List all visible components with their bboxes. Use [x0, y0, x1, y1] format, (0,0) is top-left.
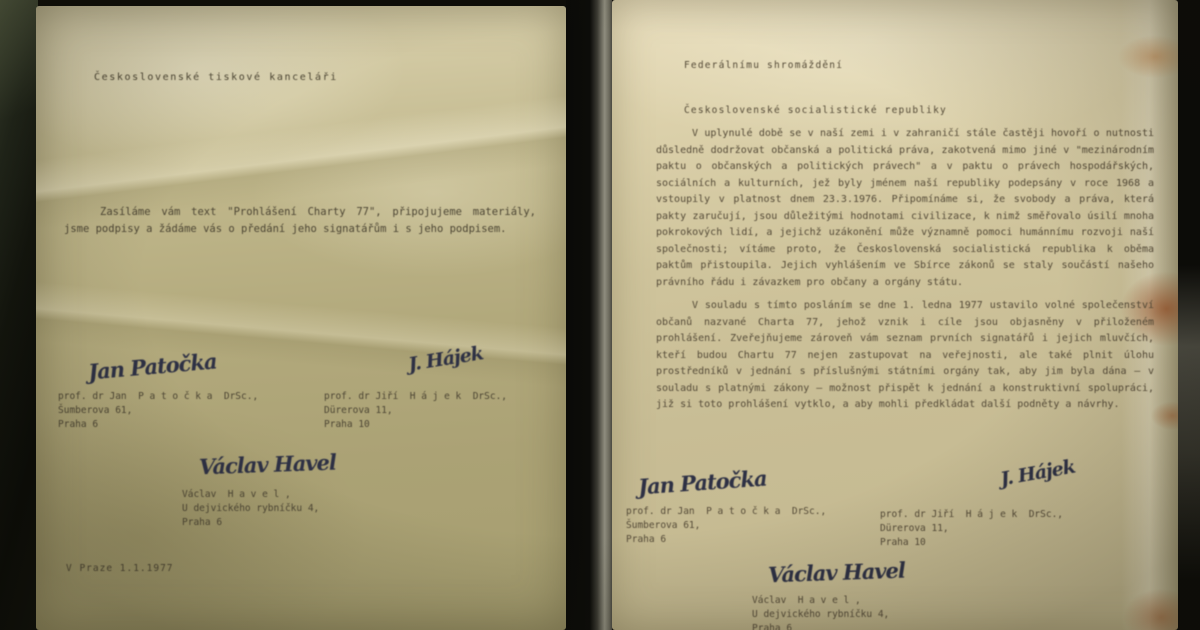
- hajek-city-line: Praha 10: [880, 536, 1063, 550]
- patocka-signature: Jan Patočka: [87, 348, 217, 384]
- right-document-body: V uplynulé době se v naší zemi i v zahra…: [656, 126, 1154, 421]
- right-document-page: Federálnímu shromáždění Československé s…: [612, 0, 1178, 630]
- havel-name-line: Václav H a v e l ,: [182, 488, 319, 502]
- hajek-signature: J. Hájek: [407, 342, 485, 375]
- display-case-left-edge: [0, 0, 38, 630]
- left-document-paragraph: Zasíláme vám text "Prohlášení Charty 77"…: [64, 204, 536, 238]
- havel-street-line: U dejvického rybníčku 4,: [752, 608, 889, 622]
- patocka-city-line: Praha 6: [58, 418, 258, 432]
- havel-street-line: U dejvického rybníčku 4,: [182, 502, 319, 516]
- hajek-typed-block: prof. dr Jiří H á j e k DrSc., Dürerova …: [324, 390, 507, 432]
- patocka-name-line: prof. dr Jan P a t o č k a DrSc.,: [626, 505, 826, 519]
- gap-between-documents: [566, 0, 612, 630]
- hajek-typed-block: prof. dr Jiří H á j e k DrSc., Dürerova …: [880, 508, 1063, 550]
- left-document-addressee: Československé tiskové kanceláři: [94, 72, 338, 83]
- left-document-page: Československé tiskové kanceláři Zasílám…: [36, 6, 566, 630]
- left-document-dateline: V Praze 1.1.1977: [66, 563, 174, 574]
- patocka-typed-block: prof. dr Jan P a t o č k a DrSc., Šumber…: [58, 390, 258, 432]
- havel-city-line: Praha 6: [182, 516, 319, 530]
- addressee-line-2: Československé socialistické republiky: [684, 103, 947, 118]
- addressee-line-1: Federálnímu shromáždění: [684, 58, 947, 73]
- havel-city-line: Praha 6: [752, 622, 889, 630]
- hajek-signature: J. Hájek: [999, 456, 1077, 491]
- havel-signature: Václav Havel: [768, 558, 906, 588]
- havel-name-line: Václav H a v e l ,: [752, 594, 889, 608]
- left-document-body: Zasíláme vám text "Prohlášení Charty 77"…: [64, 204, 536, 245]
- hajek-street-line: Dürerova 11,: [324, 404, 507, 418]
- right-document-paragraph-1: V uplynulé době se v naší zemi i v zahra…: [656, 126, 1154, 291]
- display-case-right-edge: [1178, 0, 1200, 630]
- patocka-street-line: Šumberova 61,: [626, 519, 826, 533]
- patocka-city-line: Praha 6: [626, 533, 826, 547]
- patocka-street-line: Šumberova 61,: [58, 404, 258, 418]
- patocka-name-line: prof. dr Jan P a t o č k a DrSc.,: [58, 390, 258, 404]
- hajek-name-line: prof. dr Jiří H á j e k DrSc.,: [880, 508, 1063, 522]
- hajek-street-line: Dürerova 11,: [880, 522, 1063, 536]
- hajek-city-line: Praha 10: [324, 418, 507, 432]
- hajek-name-line: prof. dr Jiří H á j e k DrSc.,: [324, 390, 507, 404]
- havel-typed-block: Václav H a v e l , U dejvického rybníčku…: [752, 594, 889, 630]
- patocka-typed-block: prof. dr Jan P a t o č k a DrSc., Šumber…: [626, 505, 826, 547]
- photo-of-charter77-documents: Československé tiskové kanceláři Zasílám…: [0, 0, 1200, 630]
- havel-typed-block: Václav H a v e l , U dejvického rybníčku…: [182, 488, 319, 530]
- patocka-signature: Jan Patočka: [637, 466, 767, 500]
- right-document-paragraph-2: V souladu s tímto posláním se dne 1. led…: [656, 298, 1154, 414]
- havel-signature: Václav Havel: [199, 450, 337, 480]
